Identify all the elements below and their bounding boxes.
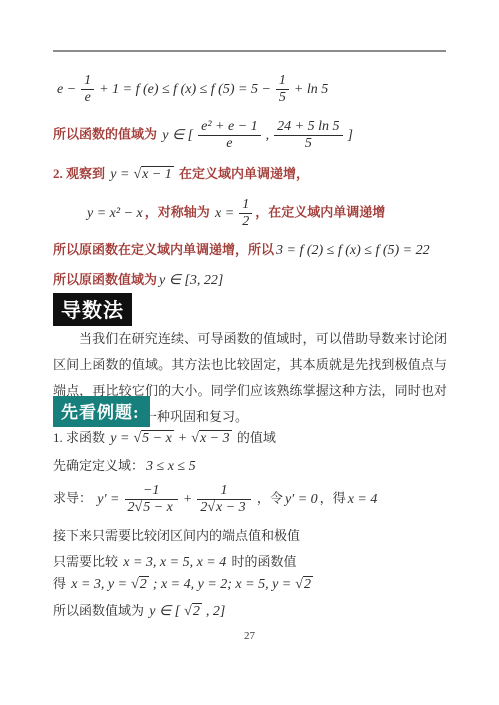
fraction: e² + e − 1e	[198, 119, 261, 152]
cn-text: 先确定定义域：	[53, 458, 144, 473]
math-text: + 1 = f (e) ≤ f (x) ≤ f (5) = 5 −	[99, 82, 271, 97]
cn-text: 所以原函数值域为	[53, 272, 157, 287]
cn-text: 得	[53, 576, 66, 591]
fraction-denominator: 2√x − 3	[197, 499, 250, 516]
domain-line: 先确定定义域：3 ≤ x ≤ 5	[53, 457, 198, 477]
radical-sign: √	[191, 431, 199, 446]
fraction-numerator: 1	[197, 483, 250, 499]
fraction-denominator: 2	[239, 213, 252, 230]
math-text: y =	[110, 431, 129, 446]
fraction: 24 + 5 ln 55	[274, 119, 342, 152]
cn-text: 所以原函数在定义域内单调递增，所以	[53, 242, 274, 257]
math-text: y′ = 0	[285, 492, 318, 507]
math-text: x = 3, y =	[71, 577, 127, 592]
radical-sign: √	[295, 577, 303, 592]
radical-sign: √	[133, 431, 141, 446]
formula-line-1: e −1e+ 1 = f (e) ≤ f (x) ≤ f (5) = 5 −15…	[55, 73, 330, 106]
fraction-denominator: 2√5 − x	[125, 499, 178, 516]
observe-line: 2. 观察到 y =√x − 1 在定义域内单调递增，	[53, 165, 309, 185]
math-text: +	[178, 431, 187, 446]
radical-sign: √	[131, 577, 139, 592]
cn-text: 的值域	[237, 430, 276, 445]
math-text: x =	[215, 206, 234, 221]
math-text: + ln 5	[294, 82, 328, 97]
math-text: ]	[348, 128, 353, 143]
parabola-line: y = x² − x，对称轴为 x =12，在定义域内单调递增	[85, 197, 385, 230]
cn-text: 在定义域内单调递增，	[179, 166, 309, 181]
radicand: x − 3	[215, 499, 248, 515]
cn-text: ，	[255, 205, 268, 220]
fraction-denominator: 5	[276, 89, 289, 106]
math-text: +	[183, 492, 192, 507]
sqrt-expression: √x − 1	[133, 167, 173, 182]
cn-text: ，	[145, 205, 158, 220]
fraction: 12	[239, 197, 252, 230]
cn-text: 所以函数值域为	[53, 603, 144, 618]
cn-text: 在定义域内单调递增	[268, 205, 385, 220]
page-number: 27	[0, 630, 499, 642]
document-page: e −1e+ 1 = f (e) ≤ f (x) ≤ f (5) = 5 −15…	[0, 0, 499, 705]
math-text: y ∈ [	[149, 604, 180, 619]
math-text: 3 ≤ x ≤ 5	[146, 459, 196, 474]
sqrt-expression: √x − 3	[207, 499, 247, 515]
sqrt-expression: √5 − x	[133, 431, 173, 446]
cn-text: ，令	[257, 491, 283, 506]
radicand: x − 3	[199, 430, 232, 446]
math-text: y ∈ [3, 22]	[159, 273, 223, 288]
fraction-denominator: e	[81, 89, 94, 106]
math-text: y ∈ [	[162, 128, 193, 143]
cn-text: 只需要比较	[53, 554, 118, 569]
math-text: ; x = 4, y = 2; x = 5, y =	[153, 577, 291, 592]
derivative-line: 求导： y′ =−12√5 − x+12√x − 3 ，令y′ = 0，得x =…	[53, 483, 379, 516]
radicand: x − 1	[141, 166, 174, 182]
math-text: , 2]	[206, 604, 225, 619]
compare-values-line: 只需要比较 x = 3, x = 5, x = 4 时的函数值	[53, 553, 297, 573]
math-text: e −	[57, 82, 76, 97]
fraction-numerator: 1	[239, 197, 252, 213]
fraction-numerator: 1	[81, 73, 94, 89]
radicand: 2	[303, 576, 313, 592]
cn-text: 接下来只需要比较闭区间内的端点值和极值	[53, 528, 300, 543]
cn-text: 所以函数的值域为	[53, 127, 157, 142]
example-header: 先看例题:	[53, 396, 150, 427]
fraction-numerator: e² + e − 1	[198, 119, 261, 135]
fraction-numerator: 1	[276, 73, 289, 89]
math-text: ,	[266, 128, 270, 143]
compare-endpoints-line: 接下来只需要比较闭区间内的端点值和极值	[53, 527, 300, 545]
cn-text: 2. 观察到	[53, 166, 105, 181]
section-title: 导数法	[53, 293, 132, 326]
fraction-denominator: e	[198, 135, 261, 152]
math-text: y = x² − x	[87, 206, 143, 221]
fraction-denominator: 5	[274, 135, 342, 152]
fraction: 12√x − 3	[197, 483, 250, 516]
header-rule	[53, 50, 446, 52]
range-conclusion-line-2: 所以原函数值域为y ∈ [3, 22]	[53, 271, 225, 291]
math-text: y =	[110, 167, 129, 182]
math-text: x = 4	[348, 492, 378, 507]
math-text: y′ =	[97, 492, 119, 507]
sqrt-expression: √2	[184, 604, 202, 619]
cn-text: ，得	[320, 491, 346, 506]
cn-text: 求导：	[53, 491, 92, 506]
coefficient: 2	[128, 500, 135, 515]
fraction-numerator: −1	[125, 483, 178, 499]
fraction-numerator: 24 + 5 ln 5	[274, 119, 342, 135]
range-conclusion-line-1: 所以函数的值域为 y ∈ [e² + e − 1e,24 + 5 ln 55]	[53, 119, 355, 152]
radicand: 2	[192, 603, 202, 619]
sqrt-expression: √2	[295, 577, 313, 592]
sqrt-expression: √5 − x	[135, 499, 175, 515]
sqrt-expression: √2	[131, 577, 149, 592]
radicand: 5 − x	[142, 499, 175, 515]
math-text: 3 = f (2) ≤ f (x) ≤ f (5) = 22	[276, 243, 430, 258]
fraction: 15	[276, 73, 289, 106]
radical-sign: √	[133, 167, 141, 182]
function-values-line: 得 x = 3, y =√2; x = 4, y = 2; x = 5, y =…	[53, 575, 315, 595]
sqrt-expression: √x − 3	[191, 431, 231, 446]
radicand: 5 − x	[141, 430, 174, 446]
cn-text: 时的函数值	[232, 554, 297, 569]
example-problem-line: 1. 求函数 y =√5 − x+√x − 3 的值域	[53, 429, 276, 449]
final-range-line: 所以函数值域为 y ∈ [√2, 2]	[53, 602, 227, 622]
cn-text: 对称轴为	[158, 205, 210, 220]
math-text: x = 3, x = 5, x = 4	[123, 555, 226, 570]
radical-sign: √	[207, 500, 215, 515]
fraction: −12√5 − x	[125, 483, 178, 516]
cn-text: 1. 求函数	[53, 430, 105, 445]
fraction: 1e	[81, 73, 94, 106]
radical-sign: √	[184, 604, 192, 619]
monotonic-conclusion-line: 所以原函数在定义域内单调递增，所以3 = f (2) ≤ f (x) ≤ f (…	[53, 241, 432, 261]
radicand: 2	[139, 576, 149, 592]
